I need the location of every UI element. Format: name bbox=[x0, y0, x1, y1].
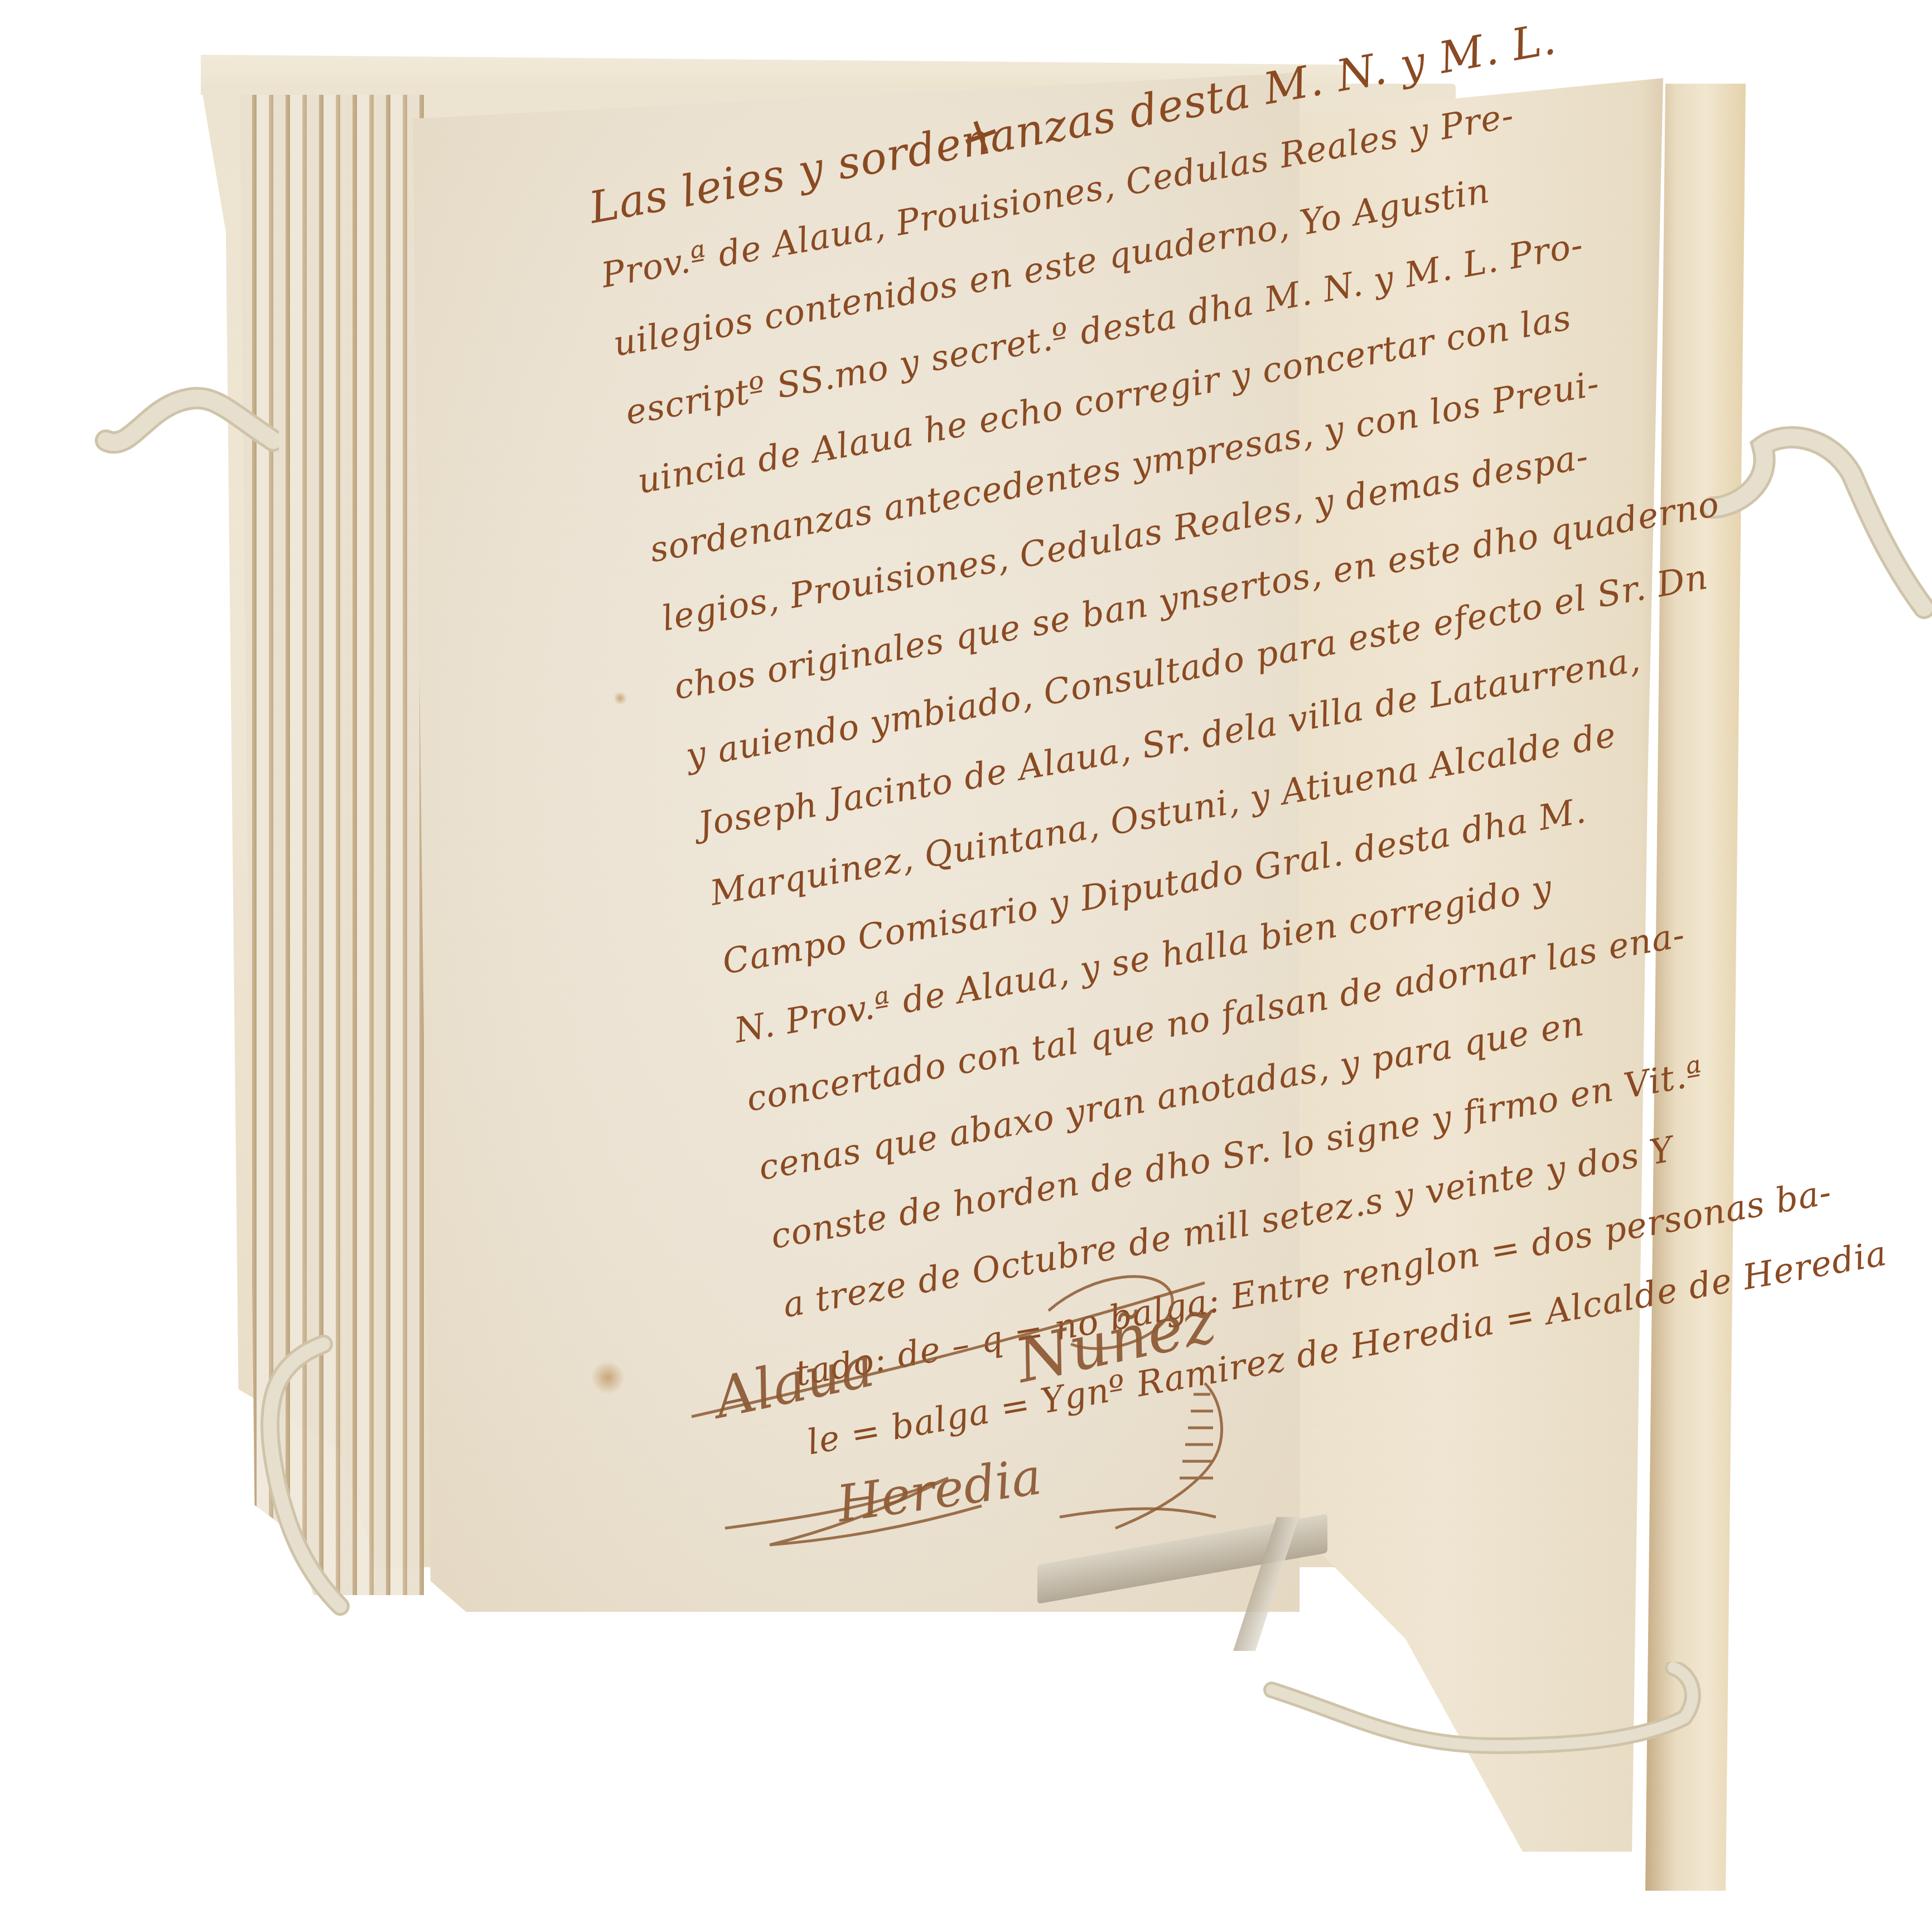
ink-dot bbox=[614, 692, 627, 705]
left-lower-tie-icon bbox=[212, 1327, 357, 1617]
vellum-cover-right bbox=[1645, 84, 1746, 1891]
left-upper-tie-icon bbox=[45, 357, 279, 480]
right-lower-tie-icon bbox=[1260, 1662, 1718, 1807]
signature-flourish-icon bbox=[669, 1216, 1283, 1606]
ink-stain bbox=[591, 1361, 625, 1394]
right-upper-tie-icon bbox=[1701, 424, 1932, 636]
